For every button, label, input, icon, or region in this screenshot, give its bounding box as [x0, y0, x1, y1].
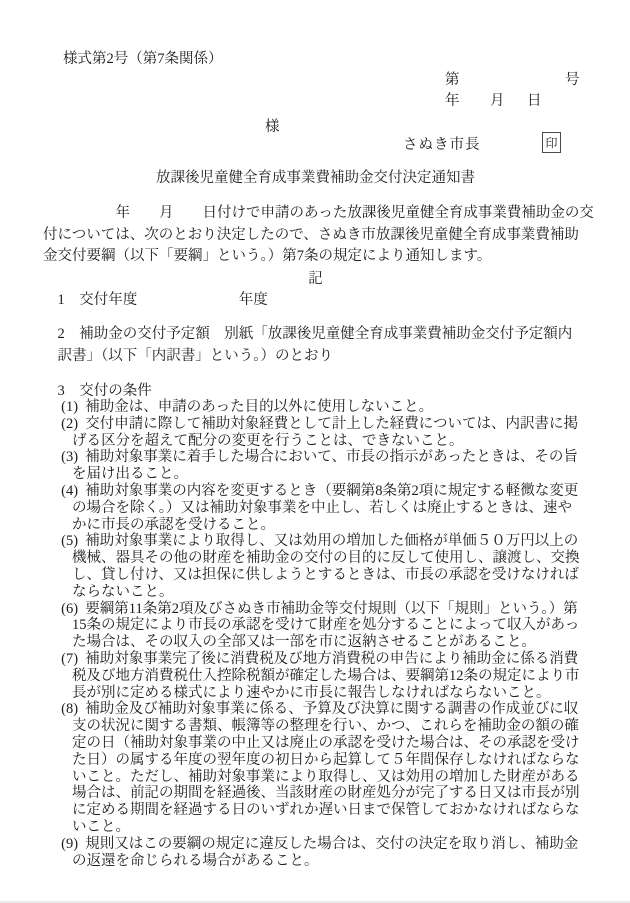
condition-item-1: (1) 補助金は、申請のあった目的以外に使用しないこと。	[43, 399, 603, 416]
condition-item-5: (5) 補助対象事業により取得し、又は効用の増加した価格が単価５０万円以上の 機…	[43, 533, 603, 600]
seal-character: 印	[545, 137, 557, 149]
condition-item-6: (6) 要綱第11条第2項及びさぬき市補助金等交付規則（以下「規則」という。）第…	[43, 601, 603, 651]
condition-item-4: (4) 補助対象事業の内容を変更するとき（要綱第8条第2項に規定する軽微な変更 …	[43, 483, 603, 533]
date-day-label: 日	[527, 89, 542, 110]
condition-item-3: (3) 補助対象事業に着手した場合において、市長の指示があったときは、その旨 を…	[43, 449, 603, 483]
condition-item-8: (8) 補助金及び補助対象事業に係る、予算及び決算に関する調書の作成並びに収 支…	[43, 701, 603, 835]
doc-number-prefix: 第	[445, 68, 460, 89]
record-marker: 記	[43, 269, 588, 291]
conditions-list: (1) 補助金は、申請のあった目的以外に使用しないこと。 (2) 交付申請に際し…	[43, 399, 603, 869]
doc-number-suffix: 号	[565, 68, 580, 89]
addressee-honorific: 様	[265, 115, 280, 136]
date-month-label: 月	[490, 89, 505, 110]
form-number-label: 様式第2号（第7条関係）	[63, 47, 223, 68]
condition-item-9: (9) 規則又はこの要綱の規定に違反した場合は、交付の決定を取り消し、補助金 の…	[43, 836, 603, 870]
notification-document-page: 様式第2号（第7条関係） 第 号 年 月 日 様 さぬき市長 印 放課後児童健全…	[0, 0, 630, 903]
intro-paragraph: 年 月 日付けで申請のあった放課後児童健全育成事業費補助金の交 付については、次…	[43, 203, 588, 268]
sender-name: さぬき市長	[403, 133, 481, 154]
condition-item-2: (2) 交付申請に際して補助対象経費として計上した経費については、内訳書に掲 げ…	[43, 416, 603, 450]
section-planned-amount: 2 補助金の交付予定額 別紙「放課後児童健全育成事業費補助金交付予定額内 訳書」…	[43, 324, 588, 367]
seal-stamp: 印	[542, 132, 561, 153]
section-grant-year: 1 交付年度 年度	[43, 290, 588, 312]
date-year-label: 年	[445, 89, 460, 110]
document-title: 放課後児童健全育成事業費補助金交付決定通知書	[43, 166, 588, 187]
condition-item-7: (7) 補助対象事業完了後に消費税及び地方消費税の申告により補助金に係る消費 税…	[43, 651, 603, 701]
